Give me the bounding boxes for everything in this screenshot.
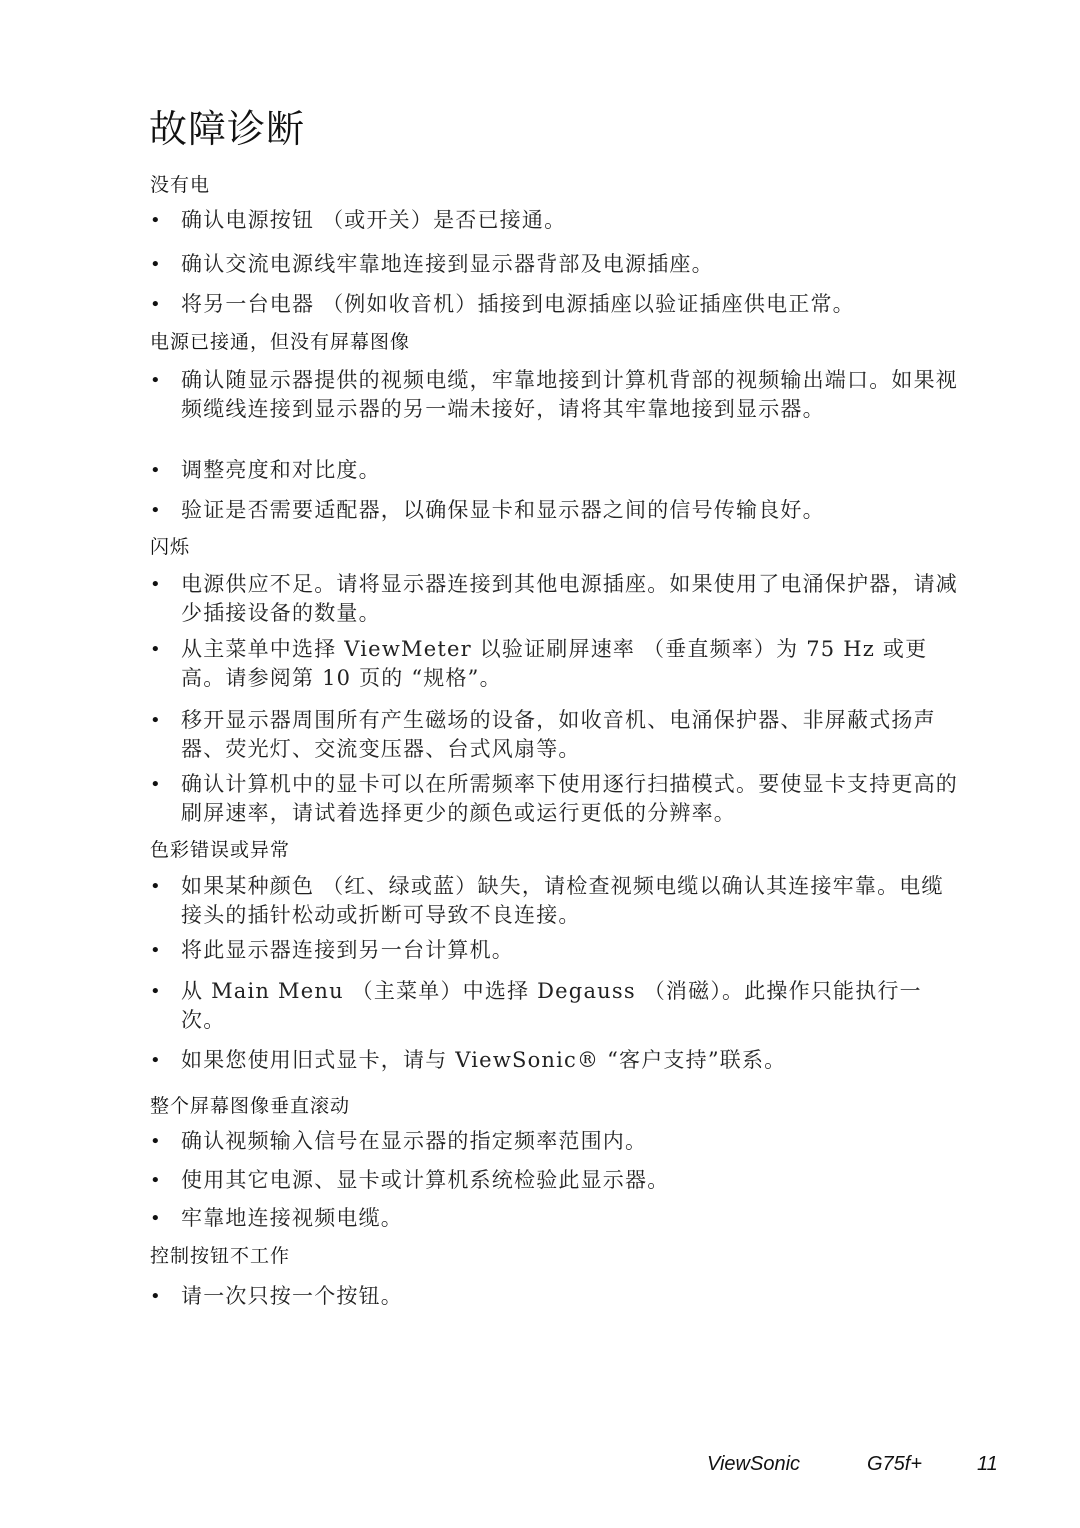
bullet-icon: • bbox=[150, 1046, 170, 1075]
footer-page-number: 11 bbox=[977, 1452, 998, 1476]
list-item: • 从主菜单中选择 ViewMeter 以验证刷屏速率 （垂直频率）为 75 H… bbox=[150, 635, 960, 693]
list-item: • 调整亮度和对比度。 bbox=[150, 456, 960, 485]
section-heading-no-picture: 电源已接通，但没有屏幕图像 bbox=[150, 330, 410, 354]
list-item: • 如果某种颜色 （红、绿或蓝）缺失，请检查视频电缆以确认其连接牢靠。电缆接头的… bbox=[150, 872, 960, 930]
list-item-text: 确认随显示器提供的视频电缆，牢靠地接到计算机背部的视频输出端口。如果视频缆线连接… bbox=[181, 366, 960, 424]
bullet-icon: • bbox=[150, 1166, 170, 1195]
section-heading-controls-not-working: 控制按钮不工作 bbox=[150, 1244, 290, 1268]
list-item: • 确认随显示器提供的视频电缆，牢靠地接到计算机背部的视频输出端口。如果视频缆线… bbox=[150, 366, 960, 424]
list-item-text: 将另一台电器 （例如收音机）插接到电源插座以验证插座供电正常。 bbox=[181, 290, 960, 319]
bullet-icon: • bbox=[150, 706, 170, 735]
list-item-text: 确认计算机中的显卡可以在所需频率下使用逐行扫描模式。要使显卡支持更高的刷屏速率，… bbox=[181, 770, 960, 828]
list-item-text: 确认交流电源线牢靠地连接到显示器背部及电源插座。 bbox=[181, 250, 960, 279]
list-item-text: 确认视频输入信号在显示器的指定频率范围内。 bbox=[181, 1127, 960, 1156]
section-heading-color-error: 色彩错误或异常 bbox=[150, 838, 290, 862]
footer-brand: ViewSonic bbox=[707, 1452, 800, 1476]
list-item: • 电源供应不足。请将显示器连接到其他电源插座。如果使用了电涌保护器，请减少插接… bbox=[150, 570, 960, 628]
list-item: • 确认交流电源线牢靠地连接到显示器背部及电源插座。 bbox=[150, 250, 960, 279]
footer-model: G75f+ bbox=[867, 1452, 922, 1476]
list-item-text: 从主菜单中选择 ViewMeter 以验证刷屏速率 （垂直频率）为 75 Hz … bbox=[181, 635, 960, 693]
bullet-icon: • bbox=[150, 977, 170, 1006]
list-item: • 如果您使用旧式显卡，请与 ViewSonic® “客户支持”联系。 bbox=[150, 1046, 960, 1075]
bullet-icon: • bbox=[150, 250, 170, 279]
section-heading-no-power: 没有电 bbox=[150, 173, 210, 197]
bullet-icon: • bbox=[150, 1282, 170, 1311]
list-item: • 从 Main Menu （主菜单）中选择 Degauss （消磁）。此操作只… bbox=[150, 977, 960, 1035]
list-item-text: 使用其它电源、显卡或计算机系统检验此显示器。 bbox=[181, 1166, 960, 1195]
list-item: • 确认计算机中的显卡可以在所需频率下使用逐行扫描模式。要使显卡支持更高的刷屏速… bbox=[150, 770, 960, 828]
list-item: • 确认视频输入信号在显示器的指定频率范围内。 bbox=[150, 1127, 960, 1156]
list-item-text: 移开显示器周围所有产生磁场的设备，如收音机、电涌保护器、非屏蔽式扬声器、荧光灯、… bbox=[181, 706, 960, 764]
list-item: • 使用其它电源、显卡或计算机系统检验此显示器。 bbox=[150, 1166, 960, 1195]
list-item: • 请一次只按一个按钮。 bbox=[150, 1282, 960, 1311]
bullet-icon: • bbox=[150, 366, 170, 395]
list-item: • 确认电源按钮 （或开关）是否已接通。 bbox=[150, 206, 960, 235]
list-item-text: 将此显示器连接到另一台计算机。 bbox=[181, 936, 960, 965]
list-item: • 牢靠地连接视频电缆。 bbox=[150, 1204, 960, 1233]
page-title: 故障诊断 bbox=[149, 106, 305, 152]
bullet-icon: • bbox=[150, 1204, 170, 1233]
manual-page: 故障诊断 没有电 • 确认电源按钮 （或开关）是否已接通。 • 确认交流电源线牢… bbox=[0, 0, 1080, 1528]
bullet-icon: • bbox=[150, 290, 170, 319]
bullet-icon: • bbox=[150, 496, 170, 525]
bullet-icon: • bbox=[150, 1127, 170, 1156]
list-item: • 将此显示器连接到另一台计算机。 bbox=[150, 936, 960, 965]
list-item-text: 如果某种颜色 （红、绿或蓝）缺失，请检查视频电缆以确认其连接牢靠。电缆接头的插针… bbox=[181, 872, 960, 930]
bullet-icon: • bbox=[150, 872, 170, 901]
list-item-text: 如果您使用旧式显卡，请与 ViewSonic® “客户支持”联系。 bbox=[181, 1046, 960, 1075]
list-item-text: 牢靠地连接视频电缆。 bbox=[181, 1204, 960, 1233]
bullet-icon: • bbox=[150, 570, 170, 599]
list-item: • 验证是否需要适配器，以确保显卡和显示器之间的信号传输良好。 bbox=[150, 496, 960, 525]
list-item-text: 调整亮度和对比度。 bbox=[181, 456, 960, 485]
section-heading-flicker: 闪烁 bbox=[150, 535, 190, 559]
list-item-text: 电源供应不足。请将显示器连接到其他电源插座。如果使用了电涌保护器，请减少插接设备… bbox=[181, 570, 960, 628]
list-item-text: 请一次只按一个按钮。 bbox=[181, 1282, 960, 1311]
bullet-icon: • bbox=[150, 206, 170, 235]
bullet-icon: • bbox=[150, 635, 170, 664]
bullet-icon: • bbox=[150, 770, 170, 799]
list-item-text: 确认电源按钮 （或开关）是否已接通。 bbox=[181, 206, 960, 235]
list-item: • 移开显示器周围所有产生磁场的设备，如收音机、电涌保护器、非屏蔽式扬声器、荧光… bbox=[150, 706, 960, 764]
list-item-text: 从 Main Menu （主菜单）中选择 Degauss （消磁）。此操作只能执… bbox=[181, 977, 960, 1035]
bullet-icon: • bbox=[150, 456, 170, 485]
section-heading-vertical-roll: 整个屏幕图像垂直滚动 bbox=[150, 1094, 350, 1118]
list-item: • 将另一台电器 （例如收音机）插接到电源插座以验证插座供电正常。 bbox=[150, 290, 960, 319]
list-item-text: 验证是否需要适配器，以确保显卡和显示器之间的信号传输良好。 bbox=[181, 496, 960, 525]
bullet-icon: • bbox=[150, 936, 170, 965]
